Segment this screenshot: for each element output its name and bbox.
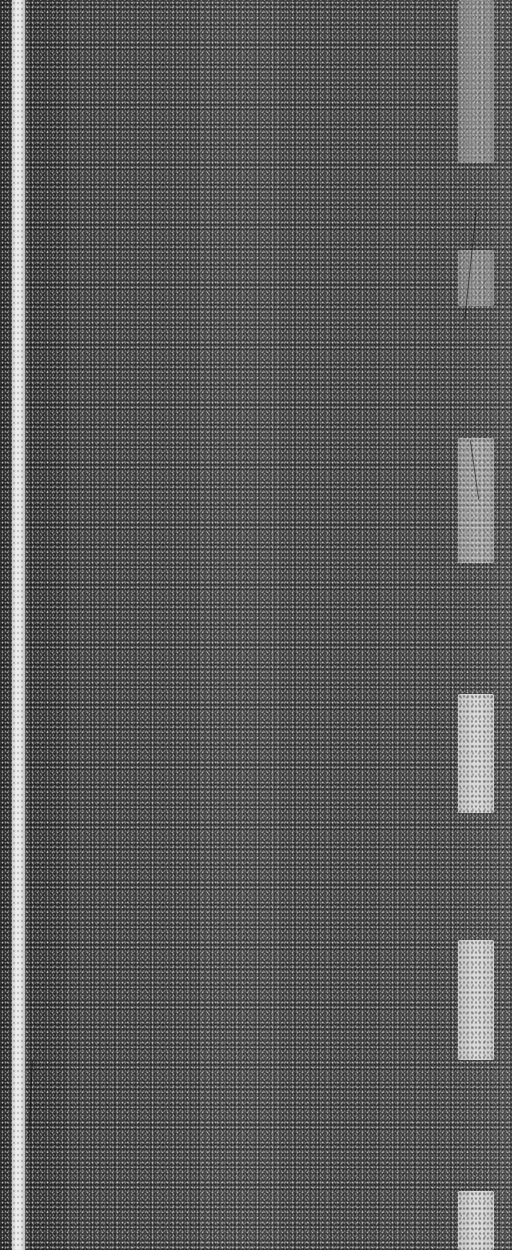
wheel-track-center bbox=[200, 0, 280, 1250]
lane-dash bbox=[458, 438, 494, 563]
lane-dash bbox=[458, 1191, 494, 1250]
lane-dash bbox=[458, 0, 494, 163]
asphalt-grain bbox=[0, 0, 512, 1250]
road-surface-photo bbox=[0, 0, 512, 1250]
wheel-track-right bbox=[380, 0, 450, 1250]
lane-dash bbox=[458, 940, 494, 1060]
wheel-track-left bbox=[30, 0, 66, 1250]
solid-edge-line bbox=[12, 0, 25, 1250]
asphalt-texture bbox=[0, 0, 512, 1250]
pavement-crack bbox=[28, 1060, 33, 1140]
lane-dash bbox=[458, 250, 494, 306]
lane-dash bbox=[458, 694, 494, 813]
